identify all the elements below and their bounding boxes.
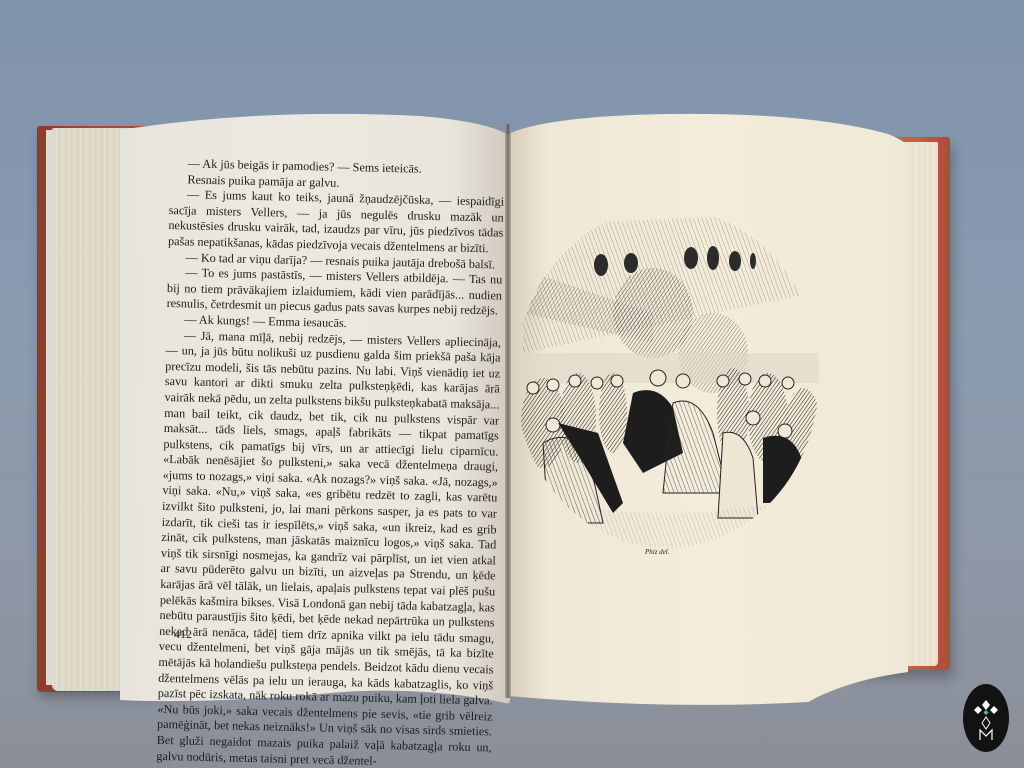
page-number: 412 — [174, 627, 192, 642]
paragraph: — To es jums pastāstīs, — misters Veller… — [166, 265, 502, 319]
book-gutter — [505, 124, 511, 698]
diamond-cross-monogram-icon — [963, 684, 1009, 752]
left-page-text: — Ak jūs beigās ir pamodies? — Sems iete… — [156, 156, 505, 768]
paragraph: — Es jums kaut ko teiks, jaunā žņaudzējč… — [168, 187, 504, 257]
photo-scene: — Ak jūs beigās ir pamodies? — Sems iete… — [0, 0, 1024, 768]
engraving-illustration — [513, 203, 821, 548]
watermark-logo — [963, 684, 1009, 752]
illustration-signature: Phiz del. — [645, 548, 670, 556]
paragraph: — Jā, mana mīļā, nebij redzējs, — mister… — [156, 327, 501, 768]
